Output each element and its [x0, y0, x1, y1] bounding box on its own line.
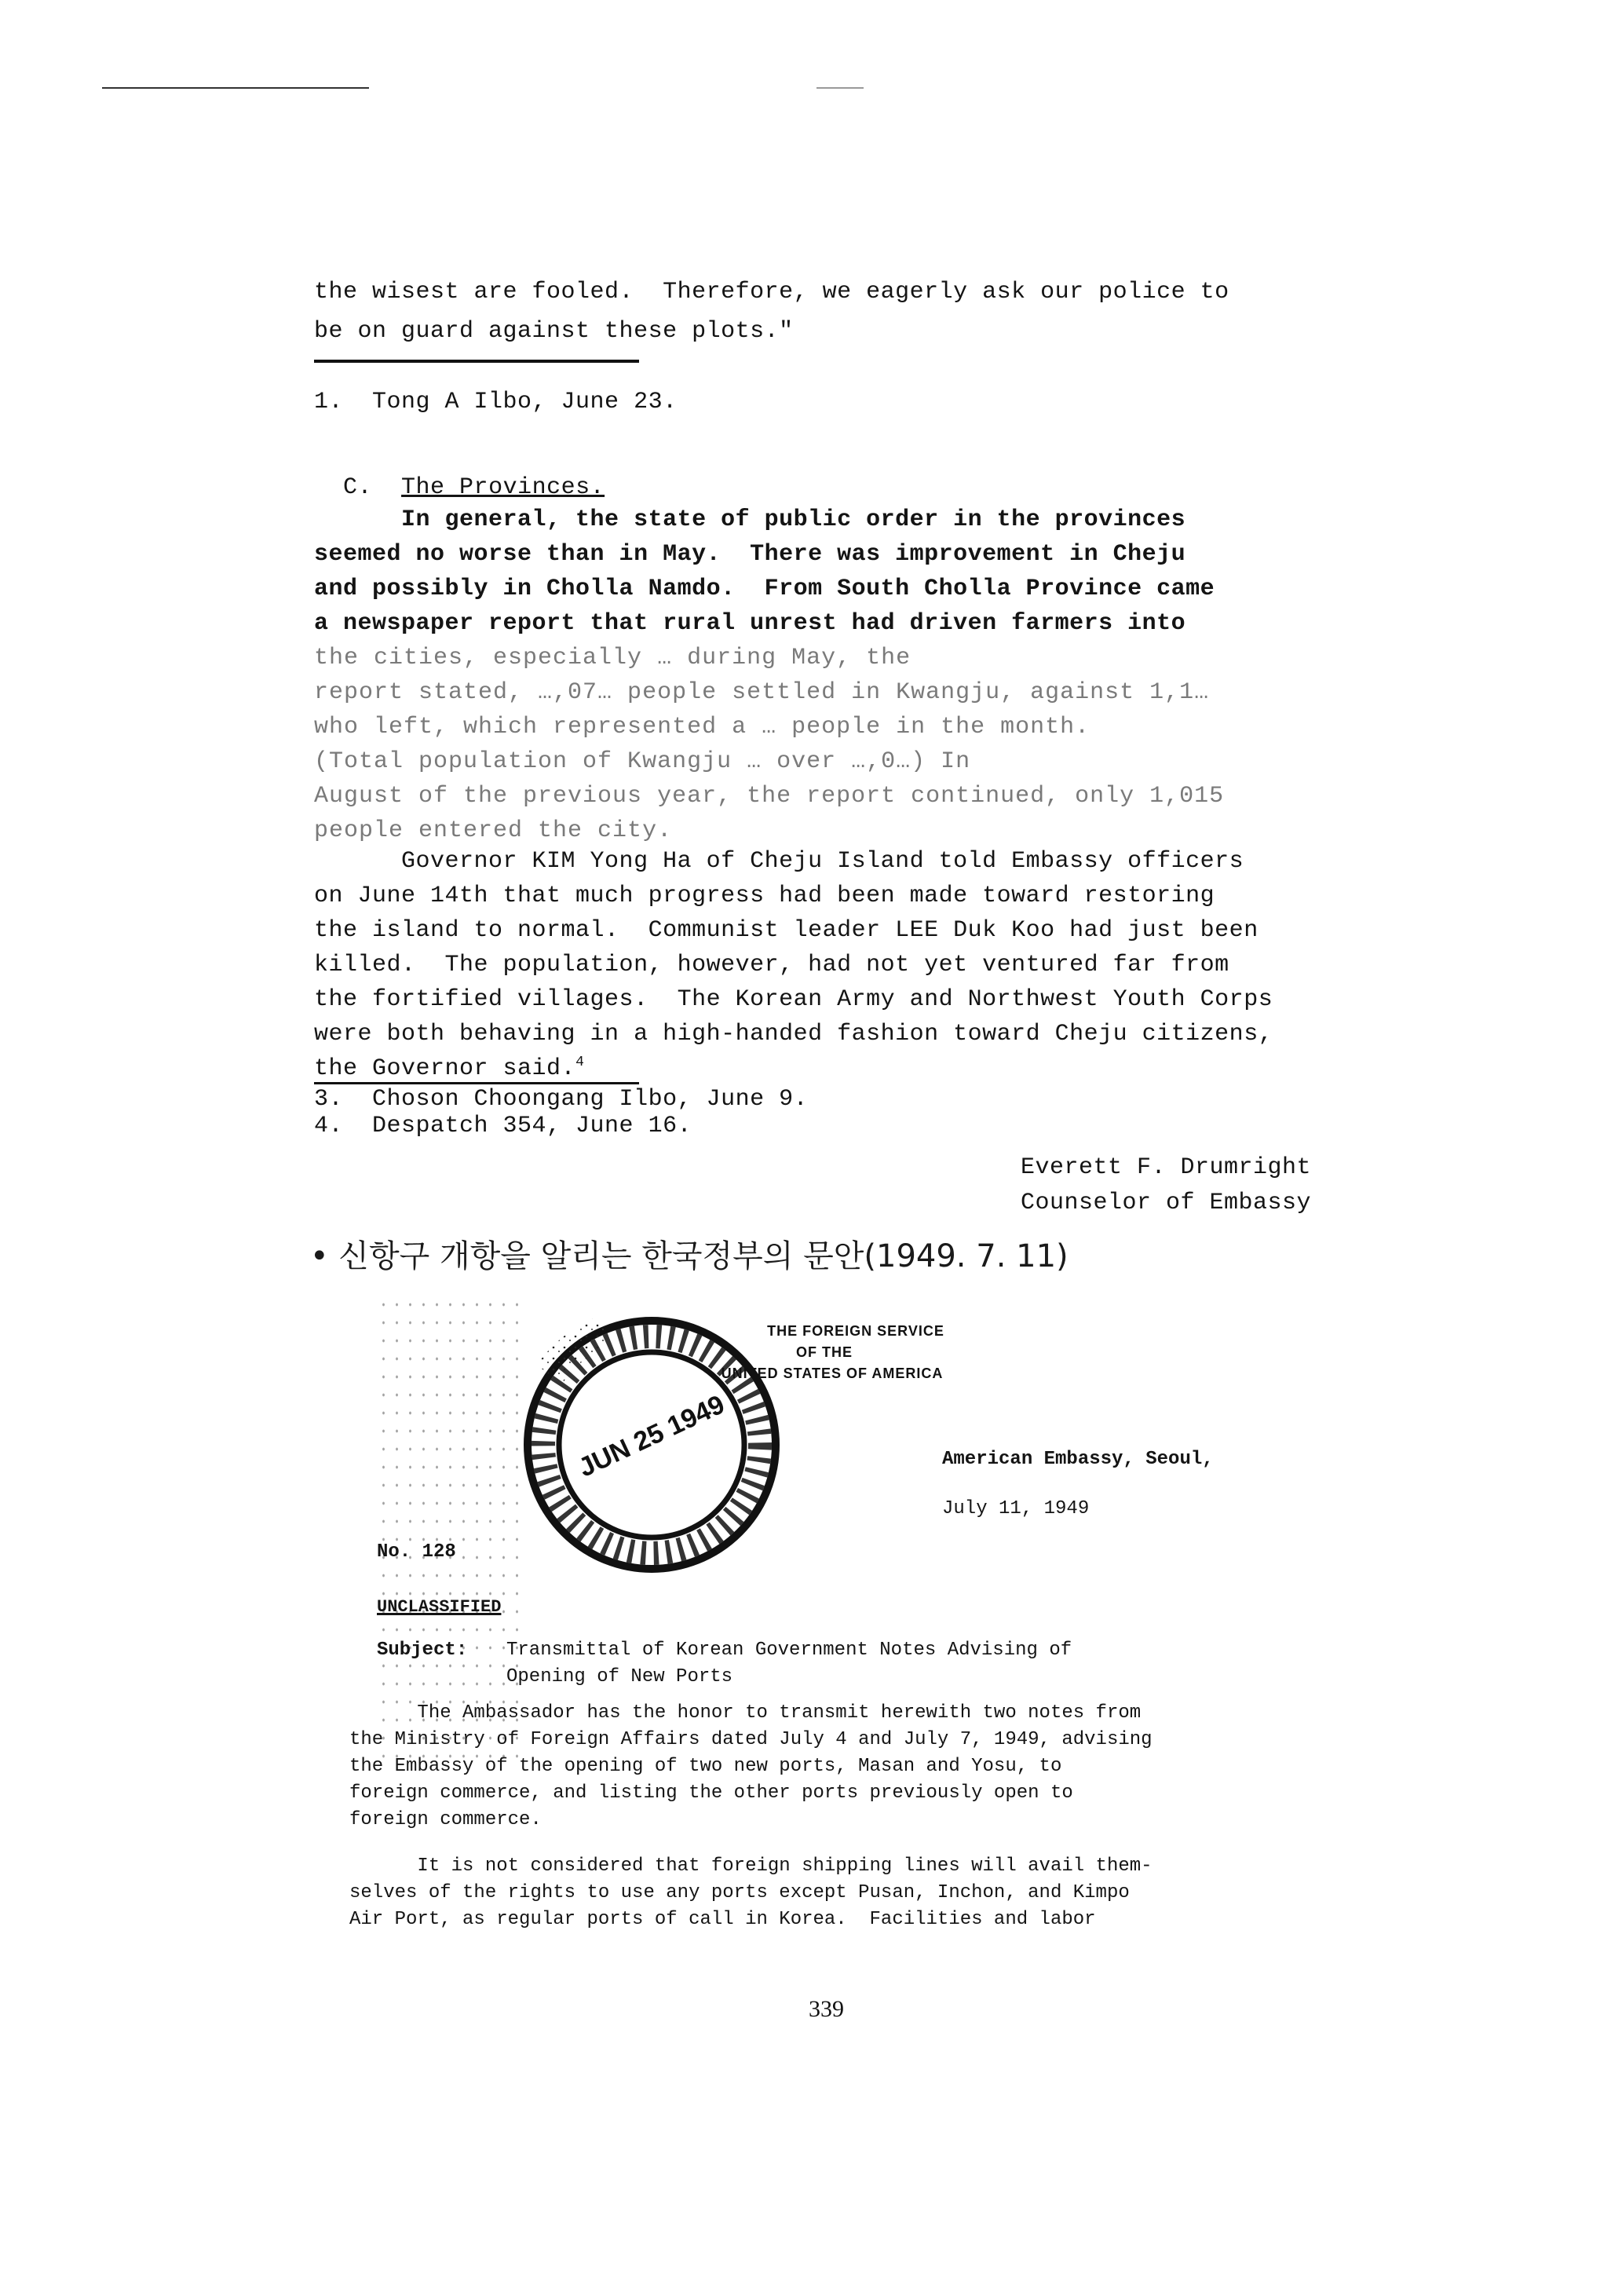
subject-line: Transmittal of Korean Government Notes A… [506, 1637, 1072, 1664]
paragraph-provinces-1: In general, the state of public order in… [314, 503, 1224, 848]
letter-date: July 11, 1949 [942, 1496, 1089, 1523]
scan-artifact-line-right [816, 87, 864, 89]
paragraph-line: the island to normal. Communist leader L… [314, 913, 1273, 948]
paragraph-line: and possibly in Cholla Namdo. From South… [314, 572, 1224, 606]
letter-number: No. 128 [377, 1539, 456, 1566]
paragraph-line: were both behaving in a high-handed fash… [314, 1017, 1273, 1051]
paragraph-line: the Embassy of the opening of two new po… [349, 1753, 1153, 1780]
paragraph-line: the Governor said.4 [314, 1051, 1273, 1086]
paragraph-line: Governor KIM Yong Ha of Cheju Island tol… [314, 844, 1273, 879]
paragraph-line-faded: who left, which represented a … people i… [314, 710, 1224, 744]
paragraph-line: killed. The population, however, had not… [314, 948, 1273, 982]
paragraph-line-faded: (Total population of Kwangju … over …,0…… [314, 744, 1224, 779]
quote-end-line-2: be on guard against these plots." [314, 314, 794, 349]
paragraph-line-faded: people entered the city. [314, 813, 1224, 848]
letterhead-line: THE FOREIGN SERVICE [659, 1323, 958, 1340]
page-number: 339 [809, 1996, 844, 2023]
subject-line: Opening of New Ports [506, 1664, 1072, 1691]
paragraph-line-faded: the cities, especially … during May, the [314, 641, 1224, 675]
paragraph-line: selves of the rights to use any ports ex… [349, 1880, 1153, 1907]
letterhead-line: UNITED STATES OF AMERICA [659, 1366, 958, 1382]
paragraph-line: foreign commerce, and listing the other … [349, 1780, 1153, 1807]
paragraph-line: seemed no worse than in May. There was i… [314, 537, 1224, 572]
letter-classification: UNCLASSIFIED [377, 1594, 501, 1621]
letterhead-line: OF THE [659, 1344, 958, 1361]
letter-subject: Transmittal of Korean Government Notes A… [506, 1637, 1072, 1691]
paragraph-line: Air Port, as regular ports of call in Ko… [349, 1907, 1153, 1933]
quote-end-line-1: the wisest are fooled. Therefore, we eag… [314, 275, 1229, 309]
footnote-separator-rule [314, 360, 639, 363]
paragraph-line-faded: August of the previous year, the report … [314, 779, 1224, 813]
paragraph-line: a newspaper report that rural unrest had… [314, 606, 1224, 641]
section-heading-letter: C. [343, 474, 372, 501]
paragraph-line-faded: report stated, …,07… people settled in K… [314, 675, 1224, 710]
footnote-1: 1. Tong A Ilbo, June 23. [314, 385, 678, 419]
scan-artifact-line-left [102, 87, 369, 89]
figure-caption: • 신항구 개항을 알리는 한국정부의 문안(1949. 7. 11) [310, 1237, 1069, 1276]
letter-paragraph-2: It is not considered that foreign shippi… [349, 1853, 1153, 1933]
paragraph-line: the fortified villages. The Korean Army … [314, 982, 1273, 1017]
paragraph-provinces-2: Governor KIM Yong Ha of Cheju Island tol… [314, 844, 1273, 1086]
paragraph-line: In general, the state of public order in… [314, 503, 1224, 537]
paragraph-line: It is not considered that foreign shippi… [349, 1853, 1153, 1880]
signature-name: Everett F. Drumright [1021, 1150, 1311, 1185]
paragraph-line: on June 14th that much progress had been… [314, 879, 1273, 913]
paragraph-line: the Ministry of Foreign Affairs dated Ju… [349, 1727, 1153, 1753]
signature-title: Counselor of Embassy [1021, 1186, 1311, 1220]
letter-paragraph-1: The Ambassador has the honor to transmit… [349, 1700, 1153, 1834]
footnote-marker: 4 [575, 1055, 584, 1070]
paragraph-line: foreign commerce. [349, 1807, 1153, 1834]
letter-place: American Embassy, Seoul, [942, 1446, 1214, 1473]
footnote-4: 4. Despatch 354, June 16. [314, 1109, 692, 1143]
section-heading: C. The Provinces. [314, 436, 605, 505]
letter-subject-label: Subject: [377, 1637, 467, 1664]
paragraph-line: The Ambassador has the honor to transmit… [349, 1700, 1153, 1727]
scan-speckle [377, 1296, 518, 1767]
section-heading-title: The Provinces. [401, 474, 605, 501]
letterhead: THE FOREIGN SERVICE OF THE UNITED STATES… [659, 1323, 958, 1382]
